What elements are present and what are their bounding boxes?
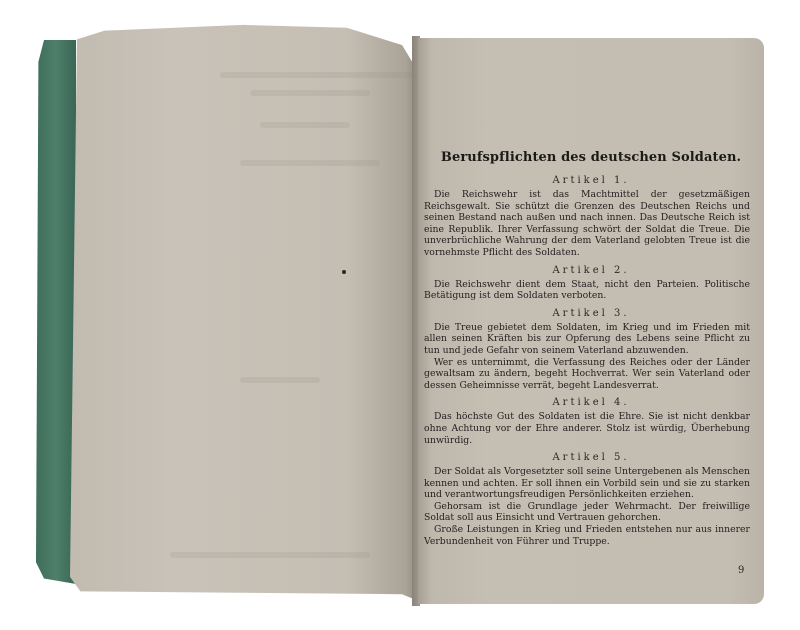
article-paragraph: Die Treue gebietet dem Soldaten, im Krie… xyxy=(418,322,764,357)
article-paragraph: Das höchste Gut des Soldaten ist die Ehr… xyxy=(418,411,764,446)
article-5: Artikel 5. Der Soldat als Vorgesetzter s… xyxy=(418,452,764,547)
article-paragraph: Die Reichswehr dient dem Staat, nicht de… xyxy=(418,279,764,302)
bleed-through-line xyxy=(260,122,350,128)
article-heading: Artikel 1. xyxy=(418,175,764,186)
article-heading: Artikel 2. xyxy=(418,265,764,276)
article-2: Artikel 2. Die Reichswehr dient dem Staa… xyxy=(418,265,764,302)
green-cover-edge xyxy=(36,40,76,584)
bleed-through-line xyxy=(250,90,370,96)
bleed-through-line xyxy=(240,377,320,383)
article-heading: Artikel 3. xyxy=(418,308,764,319)
article-4: Artikel 4. Das höchste Gut des Soldaten … xyxy=(418,397,764,446)
bleed-through-line xyxy=(170,552,370,558)
article-heading: Artikel 4. xyxy=(418,397,764,408)
article-paragraph: Der Soldat als Vorgesetzter soll seine U… xyxy=(418,466,764,501)
page-title: Berufspflichten des deutschen Soldaten. xyxy=(418,150,764,165)
article-3: Artikel 3. Die Treue gebietet dem Soldat… xyxy=(418,308,764,392)
ink-dot-mark xyxy=(342,270,346,274)
article-paragraph: Große Leistungen in Krieg und Frieden en… xyxy=(418,524,764,547)
right-page: Berufspflichten des deutschen Soldaten. … xyxy=(418,38,764,604)
article-paragraph: Wer es unternimmt, die Verfassung des Re… xyxy=(418,357,764,392)
article-heading: Artikel 5. xyxy=(418,452,764,463)
bleed-through-line xyxy=(220,72,420,78)
open-booklet: Berufspflichten des deutschen Soldaten. … xyxy=(0,0,800,630)
page-content: Berufspflichten des deutschen Soldaten. … xyxy=(418,150,764,547)
article-paragraph: Die Reichswehr ist das Machtmittel der g… xyxy=(418,189,764,259)
article-1: Artikel 1. Die Reichswehr ist das Machtm… xyxy=(418,175,764,259)
bleed-through-line xyxy=(240,160,380,166)
article-paragraph: Gehorsam ist die Grundlage jeder Wehrmac… xyxy=(418,501,764,524)
left-page xyxy=(70,22,416,600)
page-number: 9 xyxy=(738,565,744,576)
